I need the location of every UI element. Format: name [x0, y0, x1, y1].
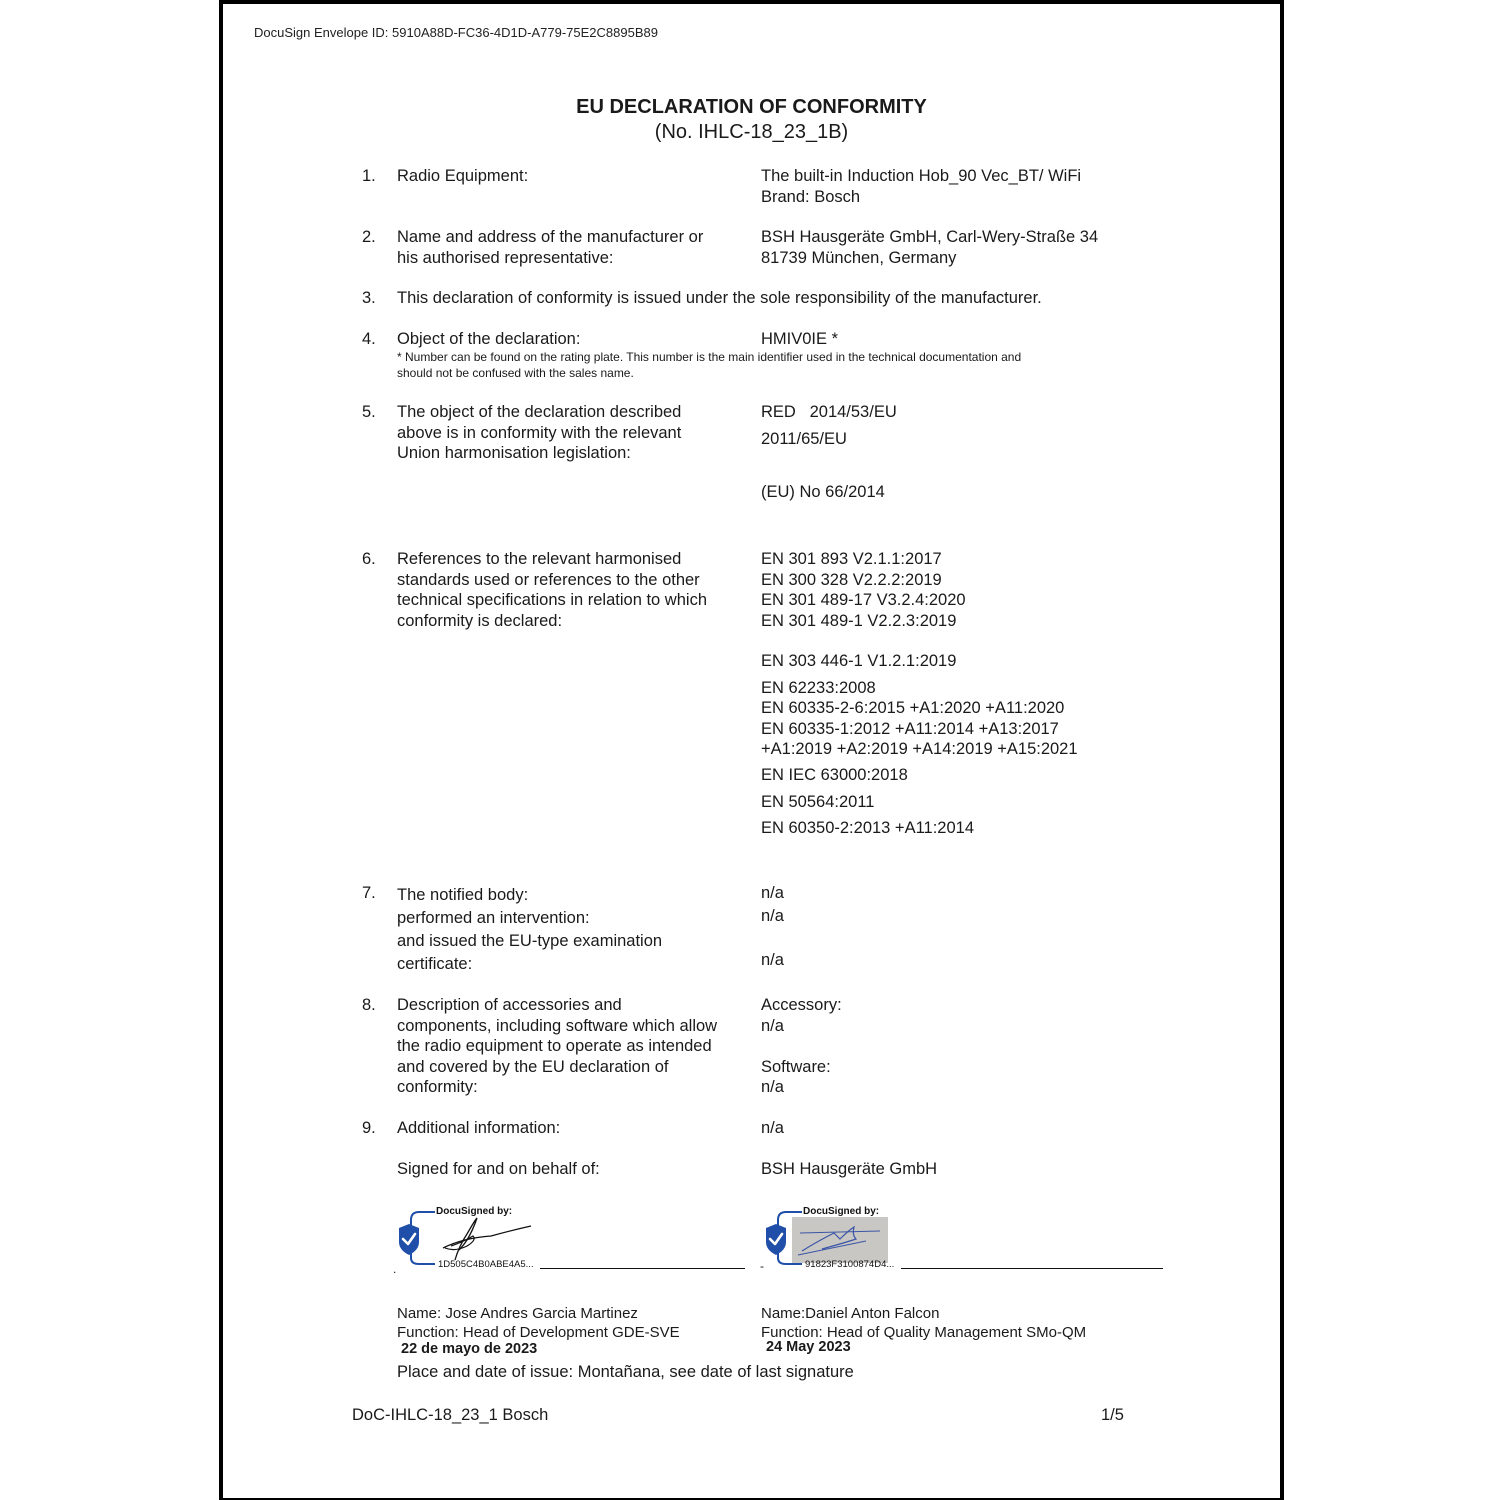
item-6-label-line: References to the relevant harmonised: [397, 549, 681, 570]
item-1-label: Radio Equipment:: [397, 166, 528, 187]
item-5-label-line: The object of the declaration described: [397, 402, 681, 423]
signature-block-2: DocuSigned by: 91823F3100874D4...: [760, 1202, 1170, 1272]
item-3-text: This declaration of conformity is issued…: [397, 288, 1042, 309]
item-6-label-line: technical specifications in relation to …: [397, 590, 707, 611]
item-6-standard: EN 303 446-1 V1.2.1:2019: [761, 651, 956, 672]
item-6-standard: EN 50564:2011: [761, 792, 874, 813]
document-number: (No. IHLC-18_23_1B): [223, 121, 1280, 144]
item-4-label: Object of the declaration:: [397, 329, 580, 350]
item-2-number: 2.: [362, 227, 376, 248]
signer-1-name: Name: Jose Andres Garcia Martinez: [397, 1305, 638, 1322]
item-6-standard: EN 301 489-1 V2.2.3:2019: [761, 611, 956, 632]
item-6-label-line: standards used or references to the othe…: [397, 570, 700, 591]
item-7-label-line: and issued the EU-type examination: [397, 931, 662, 952]
item-2-value-line: 81739 München, Germany: [761, 248, 956, 269]
item-9-label: Additional information:: [397, 1118, 560, 1139]
item-7-value: n/a: [761, 906, 784, 927]
item-2-value-line: BSH Hausgeräte GmbH, Carl-Wery-Straße 34: [761, 227, 1098, 248]
item-1-value-line: The built-in Induction Hob_90 Vec_BT/ Wi…: [761, 166, 1081, 187]
item-6-standard: EN 60350-2:2013 +A11:2014: [761, 818, 974, 839]
item-6-standard: EN 62233:2008: [761, 678, 876, 699]
item-8-value: Software:: [761, 1057, 831, 1078]
item-8-number: 8.: [362, 995, 376, 1016]
signer-1-function: Function: Head of Development GDE-SVE: [397, 1324, 680, 1341]
item-6-standard: EN 60335-2-6:2015 +A1:2020 +A11:2020: [761, 698, 1064, 719]
item-1-value-line: Brand: Bosch: [761, 187, 860, 208]
item-6-standard: EN 300 328 V2.2.2:2019: [761, 570, 942, 591]
signature-line-2: [901, 1268, 1163, 1269]
item-1-number: 1.: [362, 166, 376, 187]
item-5-label-line: above is in conformity with the relevant: [397, 423, 681, 444]
document-page: DocuSign Envelope ID: 5910A88D-FC36-4D1D…: [219, 0, 1284, 1500]
item-6-standard: EN 301 489-17 V3.2.4:2020: [761, 590, 966, 611]
item-8-label-line: and covered by the EU declaration of: [397, 1057, 669, 1078]
item-7-value: n/a: [761, 950, 784, 971]
item-8-value: n/a: [761, 1016, 784, 1037]
signature-id: 91823F3100874D4...: [805, 1259, 894, 1270]
docusigned-by-label: DocuSigned by:: [803, 1206, 879, 1217]
signature-id: 1D505C4B0ABE4A5...: [438, 1259, 534, 1270]
handwritten-signature-image: [433, 1216, 553, 1264]
item-4-number: 4.: [362, 329, 376, 350]
item-4-value: HMIV0IE *: [761, 329, 838, 350]
item-2-label-line: his authorised representative:: [397, 248, 613, 269]
item-7-label-line: performed an intervention:: [397, 908, 590, 929]
item-5-value-line: 2011/65/EU: [761, 429, 847, 450]
signature-line-1: [540, 1268, 745, 1269]
item-7-number: 7.: [362, 883, 376, 904]
footer-doc-reference: DoC-IHLC-18_23_1 Bosch: [352, 1405, 548, 1426]
place-and-date-of-issue: Place and date of issue: Montañana, see …: [397, 1362, 854, 1383]
item-6-standard: EN IEC 63000:2018: [761, 765, 908, 786]
item-4-footnote-line: * Number can be found on the rating plat…: [397, 349, 1021, 365]
item-5-number: 5.: [362, 402, 376, 423]
item-7-label-line: certificate:: [397, 954, 472, 975]
item-4-footnote-line: should not be confused with the sales na…: [397, 365, 634, 381]
signer-1-date: 22 de mayo de 2023: [401, 1341, 537, 1357]
signer-2-name: Name:Daniel Anton Falcon: [761, 1305, 939, 1322]
item-9-number: 9.: [362, 1118, 376, 1139]
document-title: EU DECLARATION OF CONFORMITY: [223, 96, 1280, 119]
item-3-number: 3.: [362, 288, 376, 309]
signed-for-company: BSH Hausgeräte GmbH: [761, 1159, 937, 1180]
item-7-label-line: The notified body:: [397, 885, 528, 906]
item-7-value: n/a: [761, 883, 784, 904]
item-6-label-line: conformity is declared:: [397, 611, 562, 632]
signature-block-1: DocuSigned by: 1D505C4B0ABE4A5...: [393, 1202, 753, 1272]
item-6-standard: +A1:2019 +A2:2019 +A14:2019 +A15:2021: [761, 739, 1078, 760]
item-8-label-line: the radio equipment to operate as intend…: [397, 1036, 712, 1057]
item-8-value: n/a: [761, 1077, 784, 1098]
item-5-value-line: (EU) No 66/2014: [761, 482, 885, 503]
item-8-label-line: components, including software which all…: [397, 1016, 717, 1037]
item-5-label-line: Union harmonisation legislation:: [397, 443, 631, 464]
item-6-standard: EN 60335-1:2012 +A11:2014 +A13:2017: [761, 719, 1059, 740]
signature-dot: .: [393, 1262, 396, 1276]
item-8-label-line: conformity:: [397, 1077, 478, 1098]
signed-for-label: Signed for and on behalf of:: [397, 1159, 600, 1180]
envelope-id: DocuSign Envelope ID: 5910A88D-FC36-4D1D…: [254, 25, 658, 40]
item-9-value: n/a: [761, 1118, 784, 1139]
item-6-number: 6.: [362, 549, 376, 570]
signer-2-date: 24 May 2023: [766, 1339, 851, 1355]
signature-dash: -: [760, 1259, 764, 1273]
item-5-value-line: RED 2014/53/EU: [761, 402, 897, 423]
footer-page-number: 1/5: [1101, 1405, 1124, 1426]
item-8-value: Accessory:: [761, 995, 842, 1016]
item-8-label-line: Description of accessories and: [397, 995, 622, 1016]
item-6-standard: EN 301 893 V2.1.1:2017: [761, 549, 942, 570]
item-2-label-line: Name and address of the manufacturer or: [397, 227, 703, 248]
handwritten-signature-image: [792, 1217, 888, 1263]
